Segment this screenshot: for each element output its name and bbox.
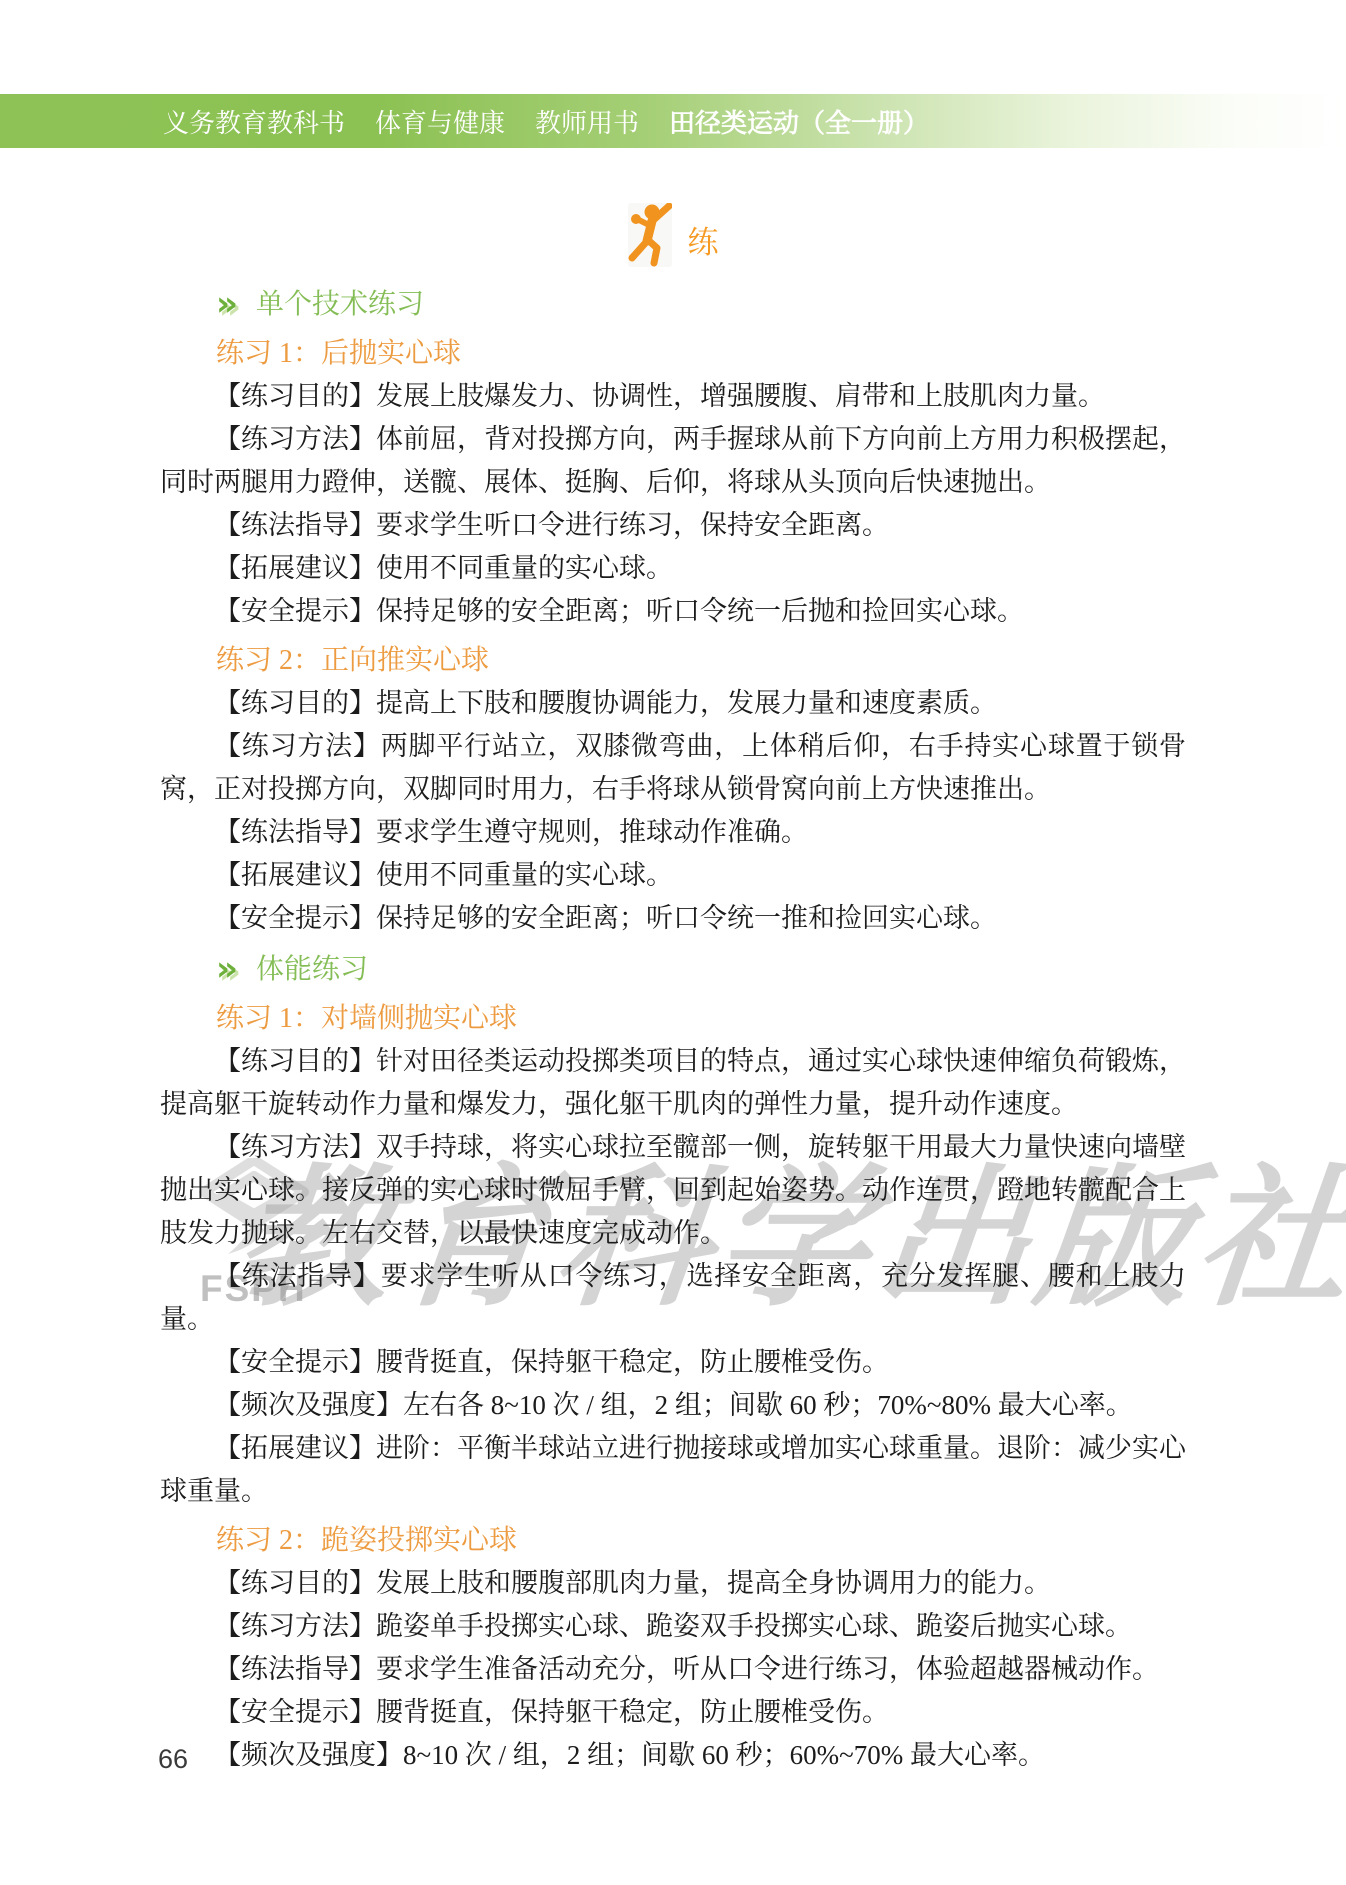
item-label: 【练习目的】 xyxy=(214,381,376,411)
exercise-item: 【练习目的】针对田径类运动投掷类项目的特点，通过实心球快速伸缩负荷锻炼，提高躯干… xyxy=(160,1040,1186,1126)
shot-put-figure-icon xyxy=(628,203,672,267)
exercise-item: 【练法指导】要求学生听从口令练习，选择安全距离，充分发挥腿、腰和上肢力量。 xyxy=(160,1255,1186,1341)
item-text: 使用不同重量的实心球。 xyxy=(376,553,673,583)
exercise-item: 【练习方法】跪姿单手投掷实心球、跪姿双手投掷实心球、跪姿后抛实心球。 xyxy=(160,1605,1186,1648)
item-label: 【练习目的】 xyxy=(214,1568,376,1598)
exercise-item: 【练习方法】双手持球，将实心球拉至髋部一侧，旋转躯干用最大力量快速向墙壁抛出实心… xyxy=(160,1126,1186,1255)
item-label: 【练习方法】 xyxy=(214,1611,376,1641)
exercise-item: 【拓展建议】使用不同重量的实心球。 xyxy=(160,854,1186,897)
item-label: 【安全提示】 xyxy=(214,903,376,933)
item-label: 【频次及强度】 xyxy=(214,1390,403,1420)
page-number: 66 xyxy=(158,1744,188,1775)
item-text: 要求学生准备活动充分，听从口令进行练习，体验超越器械动作。 xyxy=(376,1654,1159,1684)
item-label: 【练习目的】 xyxy=(214,688,376,718)
exercise-item: 【练习方法】两脚平行站立，双膝微弯曲，上体稍后仰，右手持实心球置于锁骨窝，正对投… xyxy=(160,725,1186,811)
double-chevron-icon: » xyxy=(216,287,238,321)
item-label: 【安全提示】 xyxy=(214,596,376,626)
item-label: 【拓展建议】 xyxy=(214,1433,376,1463)
header-volume: 田径类运动（全一册） xyxy=(669,103,929,140)
exercise-item: 【练习目的】发展上肢爆发力、协调性，增强腰腹、肩带和上肢肌肉力量。 xyxy=(160,375,1186,418)
exercise-item: 【安全提示】保持足够的安全距离；听口令统一后抛和捡回实心球。 xyxy=(160,590,1186,633)
exercise-item: 【练法指导】要求学生准备活动充分，听从口令进行练习，体验超越器械动作。 xyxy=(160,1648,1186,1691)
item-label: 【练法指导】 xyxy=(214,510,376,540)
item-label: 【练习方法】 xyxy=(214,424,376,454)
item-text: 腰背挺直，保持躯干稳定，防止腰椎受伤。 xyxy=(376,1697,889,1727)
double-chevron-icon: » xyxy=(216,952,238,986)
exercise-item: 【练习方法】体前屈，背对投掷方向，两手握球从前下方向前上方用力积极摆起，同时两腿… xyxy=(160,418,1186,504)
section-heading-fitness: »体能练习 xyxy=(216,948,1186,991)
item-text: 提高上下肢和腰腹协调能力，发展力量和速度素质。 xyxy=(376,688,997,718)
item-label: 【拓展建议】 xyxy=(214,860,376,890)
exercise-title: 练习 2：跪姿投掷实心球 xyxy=(216,1519,1186,1562)
exercise-item: 【安全提示】腰背挺直，保持躯干稳定，防止腰椎受伤。 xyxy=(160,1691,1186,1734)
practice-label: 练 xyxy=(688,227,719,258)
item-text: 8~10 次 / 组，2 组；间歇 60 秒；60%~70% 最大心率。 xyxy=(403,1740,1045,1770)
section-heading-single-technique: »单个技术练习 xyxy=(216,283,1186,326)
exercise-item: 【练法指导】要求学生听口令进行练习，保持安全距离。 xyxy=(160,504,1186,547)
page-content: »单个技术练习 练习 1：后抛实心球 【练习目的】发展上肢爆发力、协调性，增强腰… xyxy=(160,283,1186,1777)
item-text: 保持足够的安全距离；听口令统一推和捡回实心球。 xyxy=(376,903,997,933)
page-header-bar: 义务教育教科书 体育与健康 教师用书 田径类运动（全一册） xyxy=(0,94,1346,148)
exercise-title: 练习 2：正向推实心球 xyxy=(216,639,1186,682)
item-label: 【拓展建议】 xyxy=(214,553,376,583)
textbook-page: FSPH 教育科学出版社 义务教育教科书 体育与健康 教师用书 田径类运动（全一… xyxy=(0,0,1346,1885)
item-label: 【练法指导】 xyxy=(214,817,376,847)
exercise-item: 【频次及强度】左右各 8~10 次 / 组，2 组；间歇 60 秒；70%~80… xyxy=(160,1384,1186,1427)
item-text: 跪姿单手投掷实心球、跪姿双手投掷实心球、跪姿后抛实心球。 xyxy=(376,1611,1132,1641)
item-text: 腰背挺直，保持躯干稳定，防止腰椎受伤。 xyxy=(376,1347,889,1377)
header-book-type: 教师用书 xyxy=(535,103,639,140)
item-text: 要求学生听口令进行练习，保持安全距离。 xyxy=(376,510,889,540)
item-text: 使用不同重量的实心球。 xyxy=(376,860,673,890)
exercise-title: 练习 1：对墙侧抛实心球 xyxy=(216,997,1186,1040)
item-label: 【练习方法】 xyxy=(214,1132,376,1162)
exercise-title: 练习 1：后抛实心球 xyxy=(216,332,1186,375)
exercise-item: 【频次及强度】8~10 次 / 组，2 组；间歇 60 秒；60%~70% 最大… xyxy=(160,1734,1186,1777)
header-subject: 体育与健康 xyxy=(375,103,505,140)
exercise-item: 【练习目的】提高上下肢和腰腹协调能力，发展力量和速度素质。 xyxy=(160,682,1186,725)
header-series: 义务教育教科书 xyxy=(163,103,345,140)
item-label: 【练法指导】 xyxy=(214,1654,376,1684)
item-label: 【频次及强度】 xyxy=(214,1740,403,1770)
item-text: 发展上肢和腰腹部肌肉力量，提高全身协调用力的能力。 xyxy=(376,1568,1051,1598)
item-text: 保持足够的安全距离；听口令统一后抛和捡回实心球。 xyxy=(376,596,1024,626)
exercise-item: 【练习目的】发展上肢和腰腹部肌肉力量，提高全身协调用力的能力。 xyxy=(160,1562,1186,1605)
item-text: 左右各 8~10 次 / 组，2 组；间歇 60 秒；70%~80% 最大心率。 xyxy=(403,1390,1133,1420)
item-label: 【练习目的】 xyxy=(214,1046,376,1076)
item-label: 【练法指导】 xyxy=(214,1261,381,1291)
exercise-item: 【拓展建议】使用不同重量的实心球。 xyxy=(160,547,1186,590)
item-label: 【安全提示】 xyxy=(214,1347,376,1377)
item-text: 要求学生遵守规则，推球动作准确。 xyxy=(376,817,808,847)
item-label: 【安全提示】 xyxy=(214,1697,376,1727)
item-text: 发展上肢爆发力、协调性，增强腰腹、肩带和上肢肌肉力量。 xyxy=(376,381,1105,411)
section-title: 体能练习 xyxy=(256,954,368,985)
exercise-item: 【安全提示】腰背挺直，保持躯干稳定，防止腰椎受伤。 xyxy=(160,1341,1186,1384)
section-title: 单个技术练习 xyxy=(256,289,424,320)
practice-icon-block: 练 xyxy=(0,203,1346,267)
item-label: 【练习方法】 xyxy=(214,731,381,761)
exercise-item: 【拓展建议】进阶：平衡半球站立进行抛接球或增加实心球重量。退阶：减少实心球重量。 xyxy=(160,1427,1186,1513)
exercise-item: 【练法指导】要求学生遵守规则，推球动作准确。 xyxy=(160,811,1186,854)
exercise-item: 【安全提示】保持足够的安全距离；听口令统一推和捡回实心球。 xyxy=(160,897,1186,940)
